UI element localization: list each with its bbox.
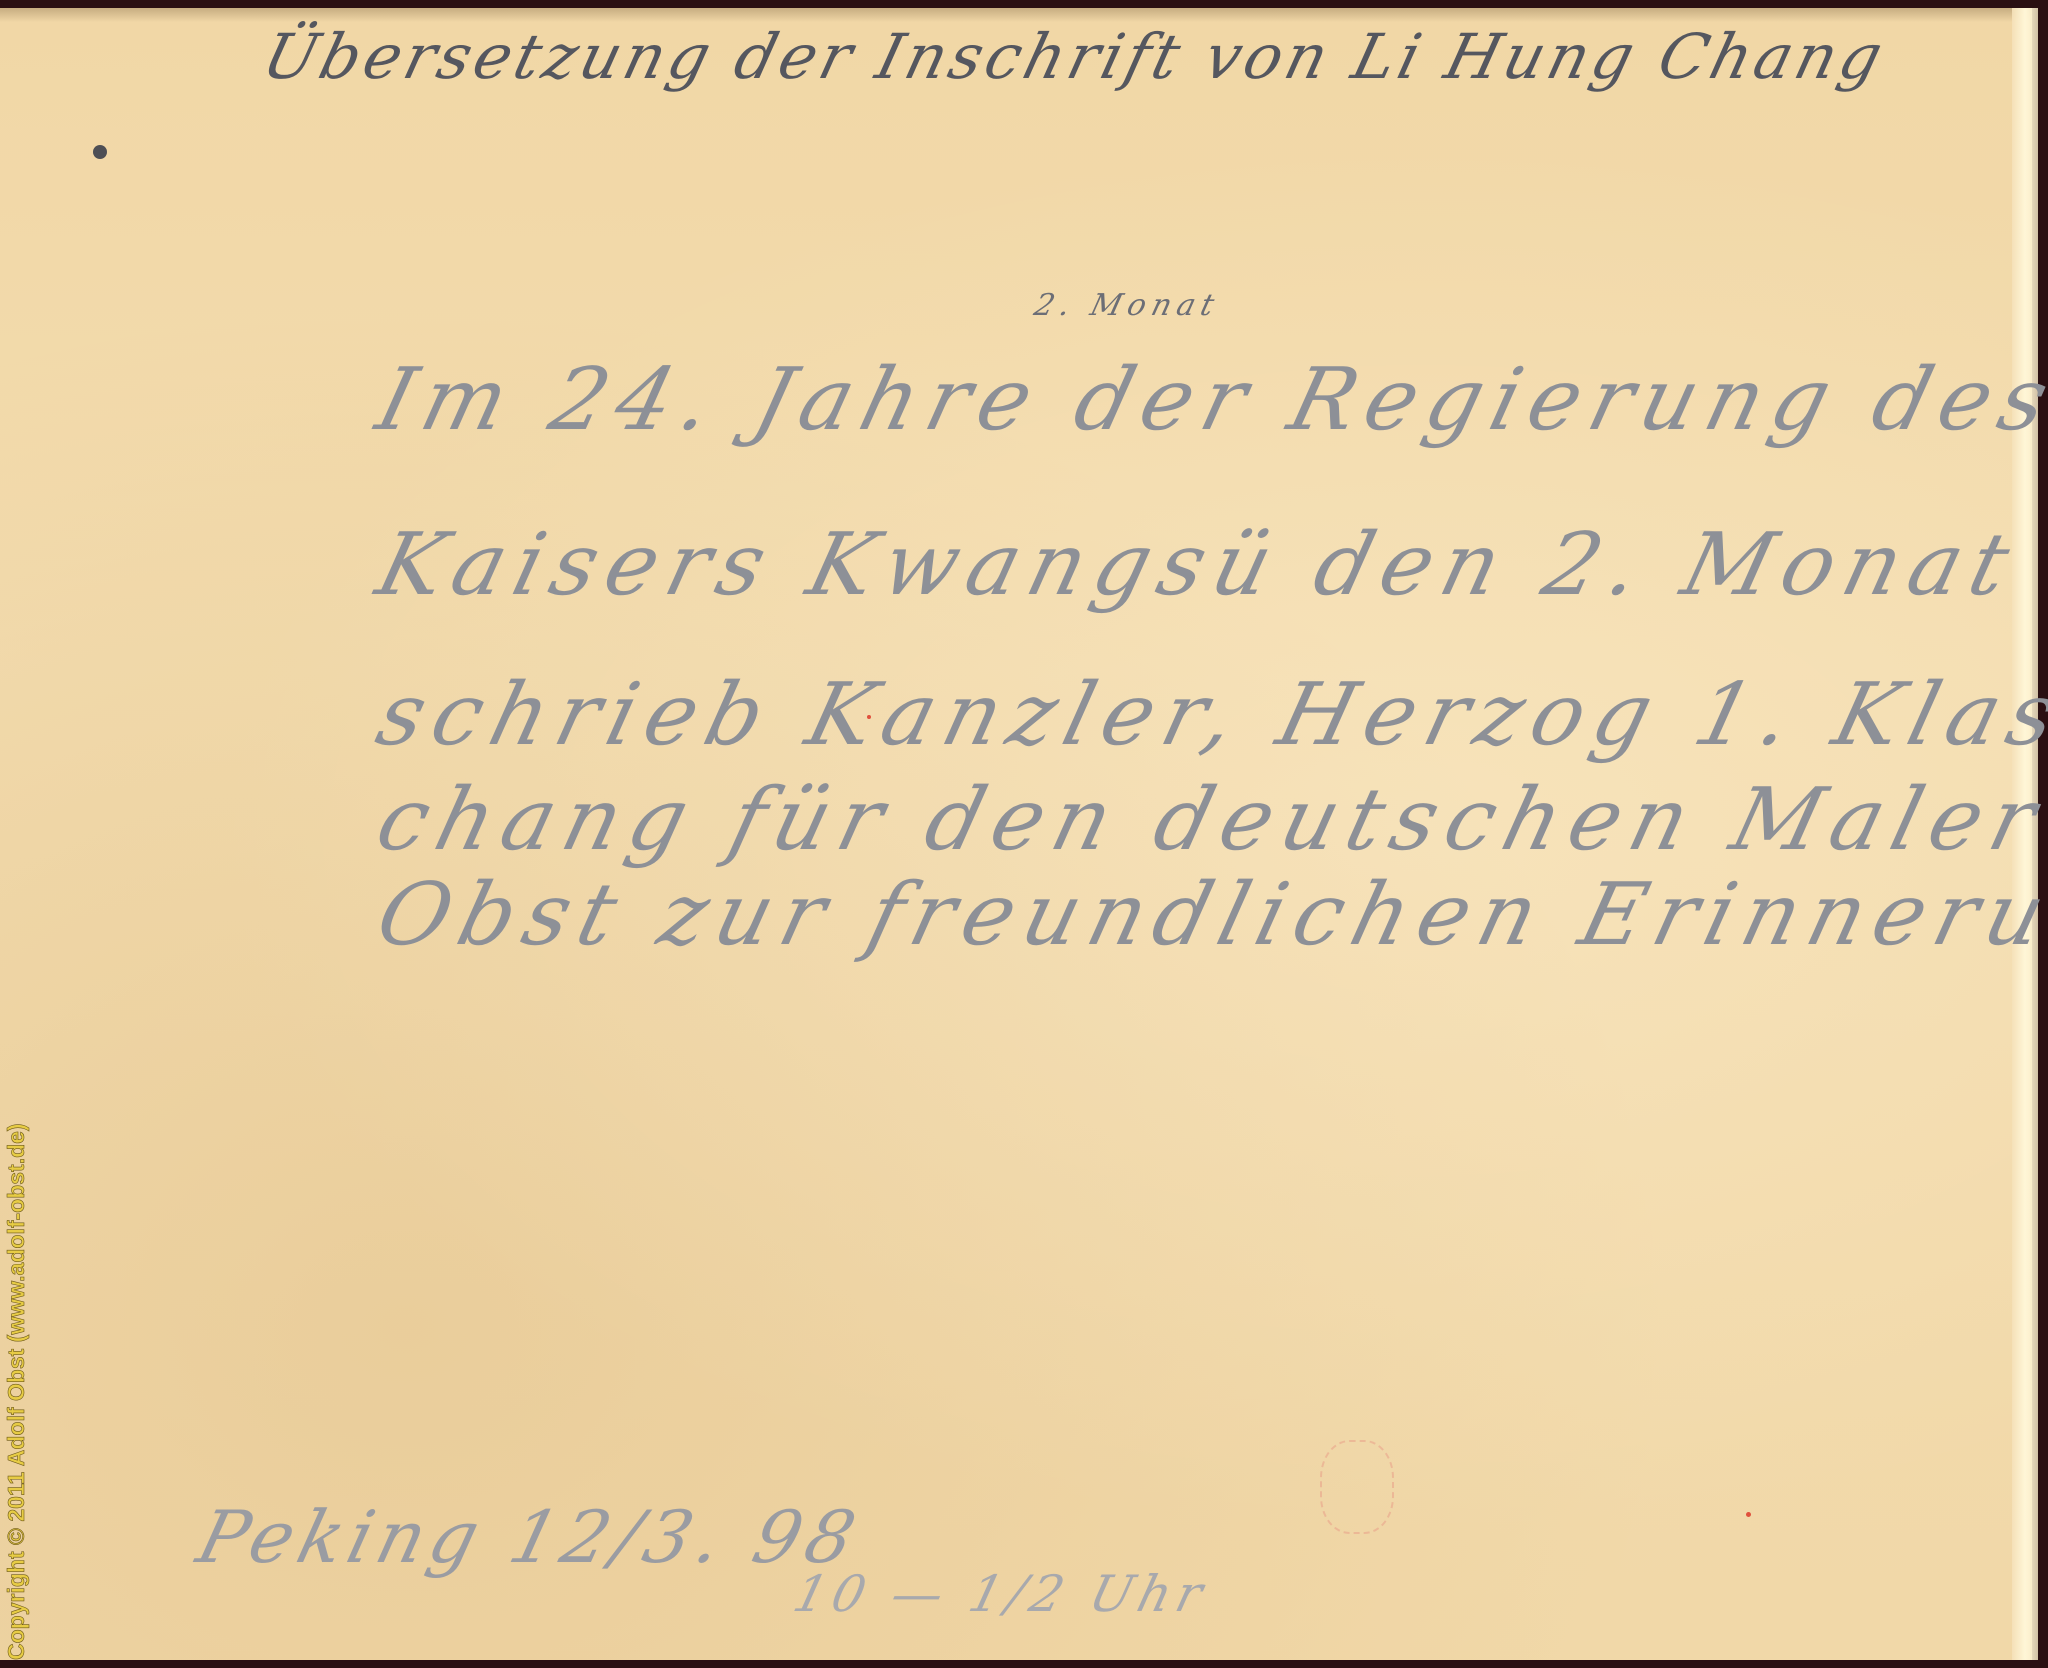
copyright-watermark: Copyright © 2011 Adolf Obst (www.adolf-o… (3, 1123, 30, 1660)
handwritten-body-line: schrieb Kanzler, Herzog 1. Klasse Li-Hun… (368, 665, 2048, 765)
handwritten-annotation: 2. Monat (1031, 288, 1224, 323)
handwritten-body-line: Kaisers Kwangsü den 2. Monat (368, 515, 2029, 615)
ink-spot (93, 145, 107, 159)
handwritten-footer-note: 10 — 1/2 Uhr (788, 1565, 1214, 1623)
handwritten-title: Übersetzung der Inschrift von Li Hung Ch… (256, 20, 1893, 93)
red-speck (1746, 1512, 1751, 1517)
handwritten-body-line: chang für den deutschen Maler Herrn (368, 770, 2048, 870)
handwritten-place-date: Peking 12/3. 98 (190, 1495, 870, 1579)
handwritten-body-line: Obst zur freundlichen Erinnerung (368, 865, 2048, 965)
handwritten-body-line: Im 24. Jahre der Regierung des (368, 350, 2048, 450)
faded-stamp-mark (1320, 1440, 1394, 1534)
